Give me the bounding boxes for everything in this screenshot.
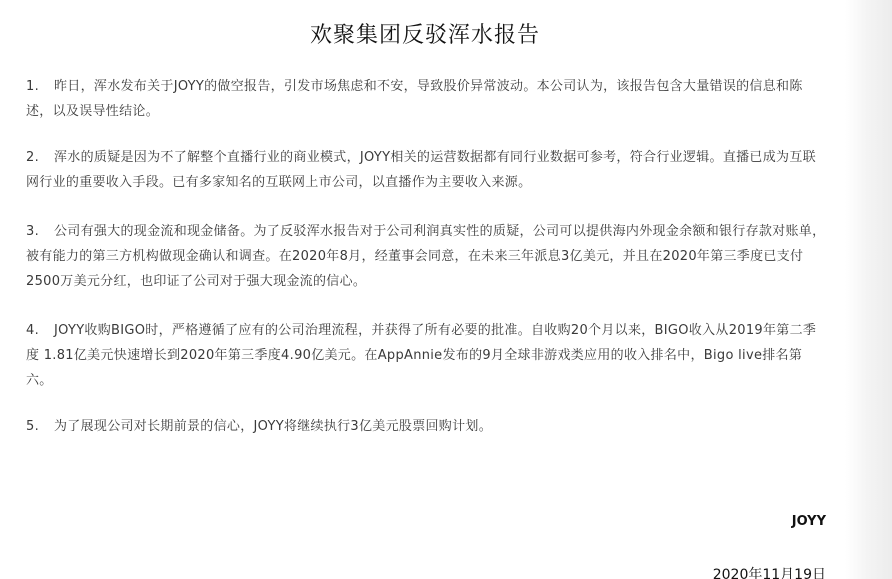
paragraph-5: 5.为了展现公司对长期前景的信心，JOYY将继续执行3亿美元股票回购计划。 xyxy=(26,414,826,439)
document-date: 2020年11月19日 xyxy=(713,564,826,579)
paragraph-text: 浑水的质疑是因为不了解整个直播行业的商业模式，JOYY相关的运营数据都有同行业数… xyxy=(26,150,816,190)
paragraph-number: 5. xyxy=(26,414,54,439)
paragraph-text: 昨日，浑水发布关于JOYY的做空报告，引发市场焦虑和不安，导致股价异常波动。本公… xyxy=(26,79,803,119)
paragraph-2: 2.浑水的质疑是因为不了解整个直播行业的商业模式，JOYY相关的运营数据都有同行… xyxy=(26,145,826,195)
paragraph-number: 2. xyxy=(26,145,54,170)
paragraph-text: 为了展现公司对长期前景的信心，JOYY将继续执行3亿美元股票回购计划。 xyxy=(54,419,492,434)
paragraph-number: 3. xyxy=(26,219,54,244)
document-title: 欢聚集团反驳浑水报告 xyxy=(0,18,850,49)
paragraph-3: 3.公司有强大的现金流和现金储备。为了反驳浑水报告对于公司利润真实性的质疑，公司… xyxy=(26,219,826,294)
signature: JOYY xyxy=(792,514,826,529)
paragraph-number: 1. xyxy=(26,74,54,99)
paragraph-1: 1.昨日，浑水发布关于JOYY的做空报告，引发市场焦虑和不安，导致股价异常波动。… xyxy=(26,74,826,124)
paragraph-text: 公司有强大的现金流和现金储备。为了反驳浑水报告对于公司利润真实性的质疑，公司可以… xyxy=(26,224,825,289)
paragraph-number: 4. xyxy=(26,318,54,343)
paragraph-text: JOYY收购BIGO时，严格遵循了应有的公司治理流程，并获得了所有必要的批准。自… xyxy=(26,323,816,388)
paragraph-4: 4.JOYY收购BIGO时，严格遵循了应有的公司治理流程，并获得了所有必要的批准… xyxy=(26,318,826,393)
